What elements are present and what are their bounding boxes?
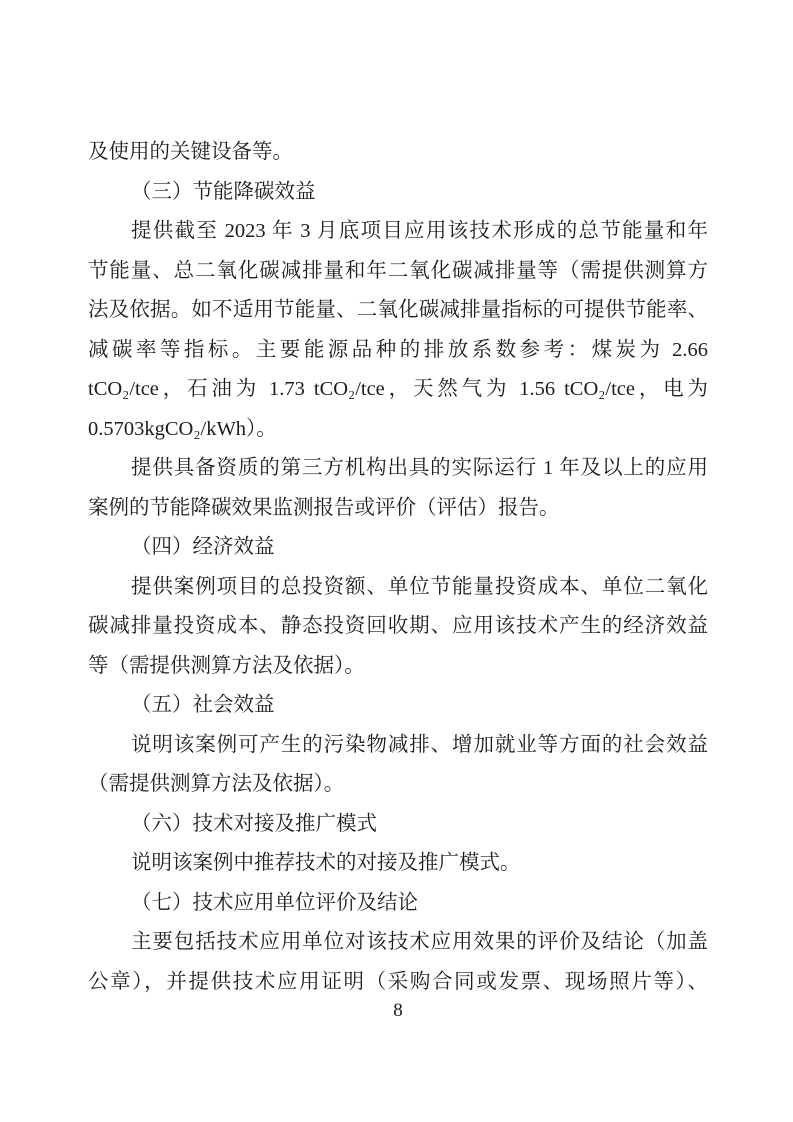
document-page: 及使用的关键设备等。（三）节能降碳效益提供截至 2023 年 3 月底项目应用该…: [0, 0, 793, 1122]
text-line: （六）技术对接及推广模式: [88, 805, 708, 845]
text-line: 减碳率等指标。主要能源品种的排放系数参考：煤炭为 2.66: [88, 331, 708, 371]
text-line: 主要包括技术应用单位对该技术应用效果的评价及结论（加盖: [88, 923, 708, 963]
text-line: 0.5703kgCO₂/kWh）。: [88, 410, 708, 450]
text-line: 公章），并提供技术应用证明（采购合同或发票、现场照片等）、: [88, 963, 708, 1003]
text-line: 说明该案例中推荐技术的对接及推广模式。: [88, 844, 708, 884]
text-line: 碳减排量投资成本、静态投资回收期、应用该技术产生的经济效益: [88, 607, 708, 647]
text-line: 说明该案例可产生的污染物减排、增加就业等方面的社会效益: [88, 726, 708, 766]
text-line: 提供截至 2023 年 3 月底项目应用该技术形成的总节能量和年: [88, 212, 708, 252]
page-number: 8: [88, 999, 708, 1023]
text-line: 案例的节能降碳效果监测报告或评价（评估）报告。: [88, 489, 708, 529]
text-line: （四）经济效益: [88, 528, 708, 568]
text-line: 提供案例项目的总投资额、单位节能量投资成本、单位二氧化: [88, 568, 708, 608]
text-line: 节能量、总二氧化碳减排量和年二氧化碳减排量等（需提供测算方: [88, 252, 708, 292]
text-line: 法及依据。如不适用节能量、二氧化碳减排量指标的可提供节能率、: [88, 291, 708, 331]
text-line: tCO₂/tce，石油为 1.73 tCO₂/tce，天然气为 1.56 tCO…: [88, 370, 708, 410]
text-line: 及使用的关键设备等。: [88, 133, 708, 173]
text-line: 等（需提供测算方法及依据）。: [88, 647, 708, 687]
text-line: （需提供测算方法及依据）。: [88, 765, 708, 805]
text-line: （三）节能降碳效益: [88, 173, 708, 213]
text-line: （五）社会效益: [88, 686, 708, 726]
document-body: 及使用的关键设备等。（三）节能降碳效益提供截至 2023 年 3 月底项目应用该…: [88, 133, 708, 1002]
text-line: 提供具备资质的第三方机构出具的实际运行 1 年及以上的应用: [88, 449, 708, 489]
text-line: （七）技术应用单位评价及结论: [88, 884, 708, 924]
